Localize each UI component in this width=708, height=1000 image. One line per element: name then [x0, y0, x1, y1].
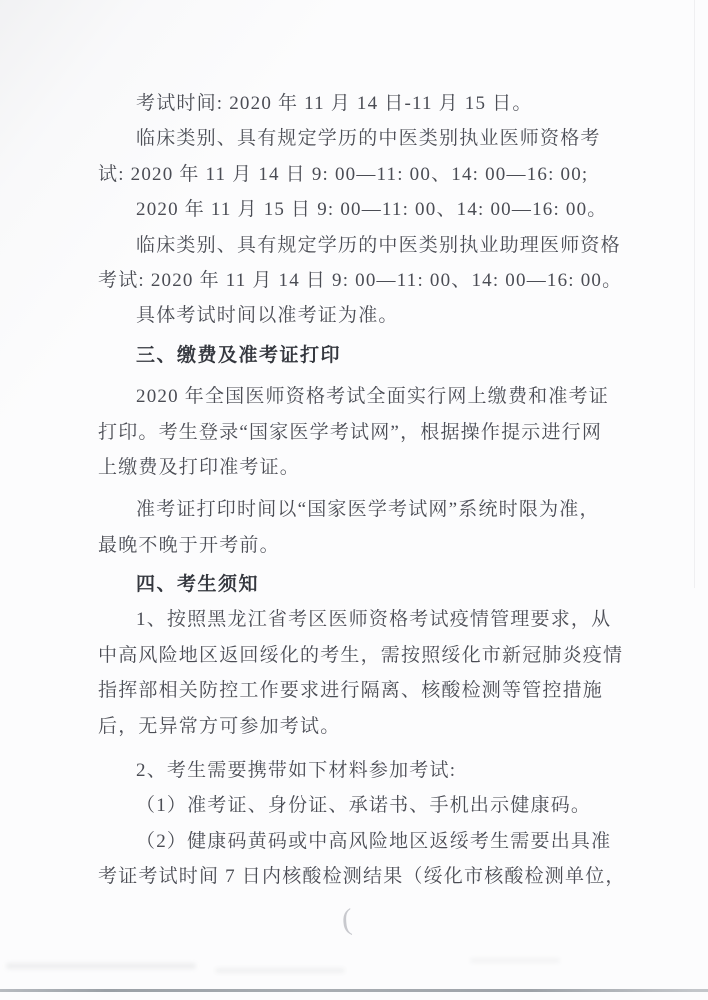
- section-heading-notice: 四、考生须知: [98, 567, 618, 602]
- scan-smudge: [470, 958, 560, 963]
- text-line: 2020 年全国医师资格考试全面实行网上缴费和准考证: [98, 379, 618, 414]
- scanned-document-page: 考试时间: 2020 年 11 月 14 日-11 月 15 日。 临床类别、具…: [0, 0, 708, 1000]
- text-line: 具体考试时间以准考证为准。: [98, 298, 618, 333]
- text-line: 考试: 2020 年 11 月 14 日 9: 00—11: 00、14: 00…: [98, 263, 618, 298]
- text-line: 最晚不晚于开考前。: [98, 528, 618, 563]
- text-line-exam-time: 考试时间: 2020 年 11 月 14 日-11 月 15 日。: [98, 86, 618, 121]
- text-line: （1）准考证、身份证、承诺书、手机出示健康码。: [98, 788, 618, 823]
- document-text-block: 考试时间: 2020 年 11 月 14 日-11 月 15 日。 临床类别、具…: [98, 86, 618, 895]
- text-line: 准考证打印时间以“国家医学考试网”系统时限为准，: [98, 492, 618, 527]
- text-line: 试: 2020 年 11 月 14 日 9: 00—11: 00、14: 00—…: [98, 157, 618, 192]
- text-line: 1、按照黑龙江省考区医师资格考试疫情管理要求，从: [98, 602, 618, 637]
- text-line: 打印。考生登录“国家医学考试网”，根据操作提示进行网: [98, 415, 618, 450]
- text-line: 临床类别、具有规定学历的中医类别执业助理医师资格: [98, 228, 618, 263]
- page-bottom-scan-edge: [0, 989, 708, 992]
- section-heading-payment: 三、缴费及准考证打印: [98, 338, 618, 373]
- scan-edge-line: [694, 0, 695, 588]
- text-line: 中高风险地区返回绥化的考生，需按照绥化市新冠肺炎疫情: [98, 638, 618, 673]
- text-line: （2）健康码黄码或中高风险地区返绥考生需要出具准: [98, 824, 618, 859]
- scan-smudge: [6, 963, 196, 969]
- text-line: 考证考试时间 7 日内核酸检测结果（绥化市核酸检测单位，: [98, 859, 618, 894]
- text-line: 上缴费及打印准考证。: [98, 450, 618, 485]
- text-line: 2020 年 11 月 15 日 9: 00—11: 00、14: 00—16:…: [98, 192, 618, 227]
- scan-smudge: [215, 968, 345, 973]
- text-line: 后，无异常方可参加考试。: [98, 709, 618, 744]
- text-line: 临床类别、具有规定学历的中医类别执业医师资格考: [98, 121, 618, 156]
- pen-mark-artifact: (: [341, 903, 353, 938]
- text-line: 2、考生需要携带如下材料参加考试:: [98, 753, 618, 788]
- text-line: 指挥部相关防控工作要求进行隔离、核酸检测等管控措施: [98, 673, 618, 708]
